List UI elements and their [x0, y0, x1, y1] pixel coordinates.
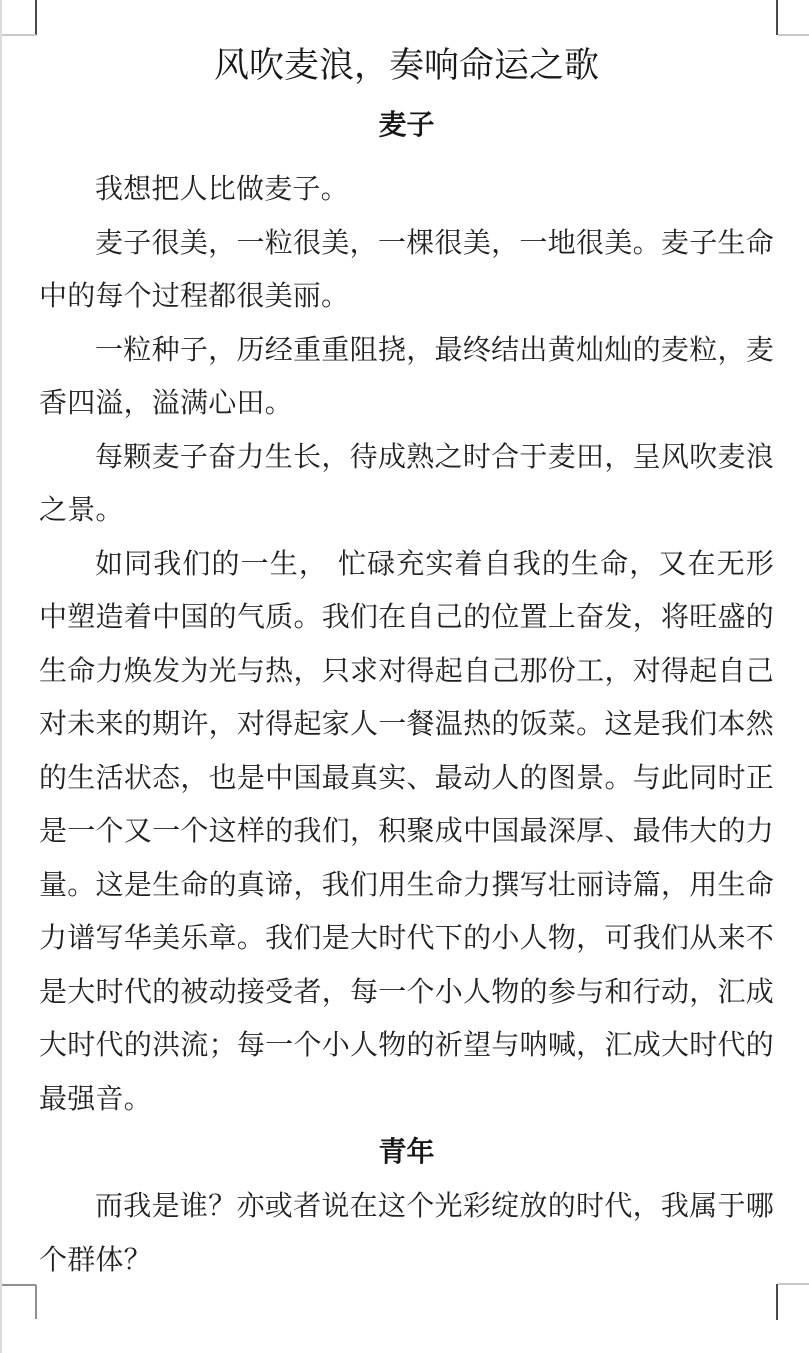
- document-page: 风吹麦浪，奏响命运之歌 麦子 我想把人比做麦子。 麦子很美，一粒很美，一棵很美，…: [0, 0, 809, 1353]
- paragraph: 如同我们的一生， 忙碌充实着自我的生命，又在无形中塑造着中国的气质。我们在自己的…: [39, 537, 774, 1126]
- section-heading-youth: 青年: [39, 1125, 774, 1179]
- section-heading-wheat: 麦子: [39, 96, 774, 154]
- crop-mark-bottom-left-horizontal: [2, 1284, 36, 1286]
- paragraph: 我想把人比做麦子。: [39, 162, 774, 216]
- crop-mark-top-left-horizontal: [2, 34, 36, 36]
- crop-mark-top-left-vertical: [35, 0, 37, 35]
- crop-mark-bottom-left-vertical: [35, 1285, 37, 1319]
- crop-mark-top-right-vertical: [776, 0, 778, 35]
- paragraph: 而我是谁？亦或者说在这个光彩绽放的时代，我属于哪个群体？: [39, 1179, 774, 1286]
- essay-title: 风吹麦浪，奏响命运之歌: [39, 36, 774, 96]
- crop-mark-bottom-right-horizontal: [778, 1283, 809, 1285]
- paragraph: 麦子很美，一粒很美，一棵很美，一地很美。麦子生命中的每个过程都很美丽。: [39, 216, 774, 323]
- section-wheat-body: 我想把人比做麦子。 麦子很美，一粒很美，一棵很美，一地很美。麦子生命中的每个过程…: [39, 162, 774, 1125]
- paragraph: 每颗麦子奋力生长，待成熟之时合于麦田，呈风吹麦浪之景。: [39, 430, 774, 537]
- crop-mark-top-right-horizontal: [778, 34, 809, 36]
- section-youth-body: 而我是谁？亦或者说在这个光彩绽放的时代，我属于哪个群体？: [39, 1179, 774, 1286]
- essay-content: 风吹麦浪，奏响命运之歌 麦子 我想把人比做麦子。 麦子很美，一粒很美，一棵很美，…: [39, 36, 774, 1286]
- paragraph: 一粒种子，历经重重阻挠，最终结出黄灿灿的麦粒，麦香四溢，溢满心田。: [39, 323, 774, 430]
- crop-mark-bottom-right-vertical: [776, 1284, 778, 1320]
